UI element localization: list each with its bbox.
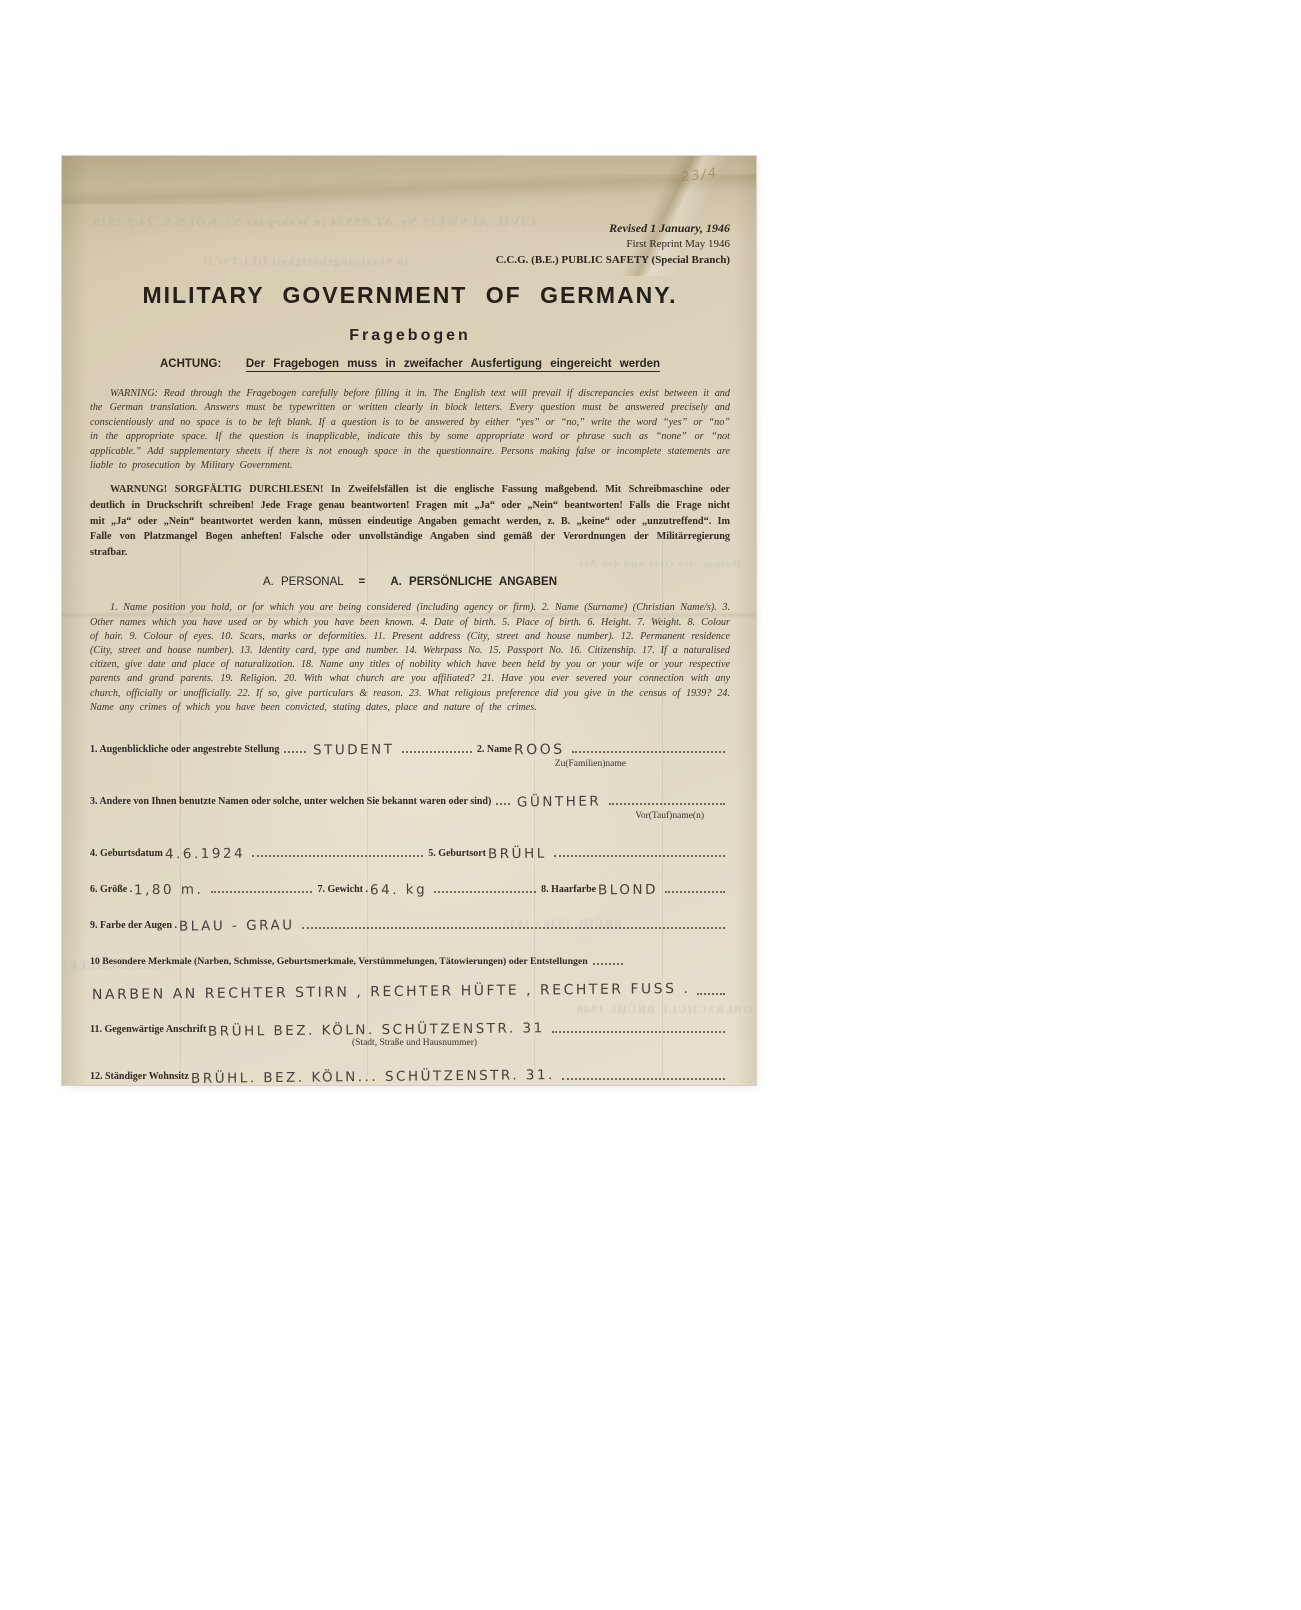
warnung-paragraph-german: WARNUNG! SORGFÄLTIG DURCHLESEN! In Zweif… [90, 482, 730, 560]
dotted-line [665, 879, 725, 893]
dotted-line [496, 791, 510, 805]
dotted-line [572, 739, 726, 753]
q6-label: 6. Größe . [90, 884, 132, 897]
dotted-line [697, 981, 725, 995]
q3-answer-handwritten: GÜNTHER [515, 794, 603, 811]
dotted-line [552, 1019, 725, 1033]
q1-label: 1. Augenblickliche oder angestrebte Stel… [90, 744, 279, 757]
achtung-label: ACHTUNG: [160, 358, 221, 370]
dotted-line [211, 879, 313, 893]
dotted-line [284, 739, 306, 753]
question-row-4-5: 4. Geburtsdatum 4.6.1924 5. Geburtsort B… [90, 843, 730, 861]
q11-answer-handwritten: BRÜHL BEZ. KÖLN. SCHÜTZENSTR. 31 [206, 1020, 547, 1040]
q10-answer-row: NARBEN AN RECHTER STIRN , RECHTER HÜFTE … [90, 981, 730, 999]
dotted-line [593, 951, 623, 965]
q3-caption: Vor(Tauf)name(n) [90, 811, 730, 821]
revision-line: Revised 1 January, 1946 [90, 220, 730, 236]
q4-answer-handwritten: 4.6.1924 [163, 846, 247, 863]
achtung-text: Der Fragebogen muss in zweifacher Ausfer… [246, 358, 660, 372]
dotted-line [554, 843, 725, 857]
section-heading-german: A. PERSÖNLICHE ANGABEN [390, 576, 557, 588]
question-row-3: 3. Andere von Ihnen benutzte Namen oder … [90, 791, 730, 809]
scanned-document-page: CIVIL-AUSWEIS Nr. AT.BSS34 in Wehrpass N… [62, 156, 756, 1085]
q5-answer-handwritten: BRÜHL [486, 846, 549, 863]
warning-paragraph-english: WARNING: Read through the Fragebogen car… [90, 387, 730, 473]
q2-caption: Zu(Familien)name [90, 759, 730, 769]
q8-label: 8. Haarfarbe [541, 884, 596, 897]
issuing-authority-line: C.C.G. (B.E.) PUBLIC SAFETY (Special Bra… [90, 252, 730, 268]
dotted-line [302, 915, 725, 929]
q11-label: 11. Gegenwärtige Anschrift [90, 1024, 206, 1037]
q8-answer-handwritten: BLOND [596, 882, 660, 899]
question-row-6-7-8: 6. Größe . 1,80 m. 7. Gewicht . 64. kg 8… [90, 879, 730, 897]
question-row-1-2: 1. Augenblickliche oder angestrebte Stel… [90, 739, 730, 757]
q3-label: 3. Andere von Ihnen benutzte Namen oder … [90, 796, 491, 809]
dotted-line [402, 739, 472, 753]
q2-answer-handwritten: ROOS [512, 742, 567, 759]
q7-answer-handwritten: 64. kg [368, 882, 429, 899]
q6-answer-handwritten: 1,80 m. [132, 882, 205, 899]
question-index-paragraph: 1. Name position you hold, or for which … [90, 601, 730, 715]
q2-label: 2. Name [477, 744, 512, 757]
q10-label: 10 Besondere Merkmale (Narben, Schmisse,… [90, 956, 588, 969]
q12-label: 12. Ständiger Wohnsitz [90, 1071, 189, 1084]
q9-answer-handwritten: BLAU - GRAU [177, 917, 297, 934]
document-title: MILITARY GOVERNMENT OF GERMANY. [90, 282, 730, 309]
dotted-line [562, 1066, 725, 1080]
q5-label: 5. Geburtsort [428, 848, 486, 861]
question-row-12: 12. Ständiger Wohnsitz BRÜHL. BEZ. KÖLN.… [90, 1066, 730, 1084]
document-content: Revised 1 January, 1946 First Reprint Ma… [62, 156, 756, 1085]
section-heading: A. PERSONAL = A. PERSÖNLICHE ANGABEN [90, 576, 730, 588]
section-heading-separator: = [358, 576, 365, 588]
document-subtitle: Fragebogen [90, 327, 730, 345]
dotted-line [252, 843, 423, 857]
question-row-9: 9. Farbe der Augen . BLAU - GRAU [90, 915, 730, 933]
section-heading-english: A. PERSONAL [263, 576, 343, 588]
achtung-notice: ACHTUNG: Der Fragebogen muss in zweifach… [90, 358, 730, 370]
dotted-line [609, 791, 725, 805]
question-row-11: 11. Gegenwärtige Anschrift BRÜHL BEZ. KÖ… [90, 1019, 730, 1037]
q11-caption: (Stadt, Straße und Hausnummer) [90, 1038, 730, 1048]
dotted-line [434, 879, 536, 893]
q9-label: 9. Farbe der Augen . [90, 920, 177, 933]
q1-answer-handwritten: STUDENT [311, 742, 397, 759]
question-row-10: 10 Besondere Merkmale (Narben, Schmisse,… [90, 951, 730, 969]
document-header: Revised 1 January, 1946 First Reprint Ma… [90, 220, 730, 268]
q12-answer-handwritten: BRÜHL. BEZ. KÖLN... SCHÜTZENSTR. 31. [189, 1067, 557, 1085]
q7-label: 7. Gewicht . [317, 884, 368, 897]
reprint-line: First Reprint May 1946 [90, 236, 730, 252]
q4-label: 4. Geburtsdatum [90, 848, 163, 861]
q10-answer-handwritten: NARBEN AN RECHTER STIRN , RECHTER HÜFTE … [90, 981, 693, 1003]
